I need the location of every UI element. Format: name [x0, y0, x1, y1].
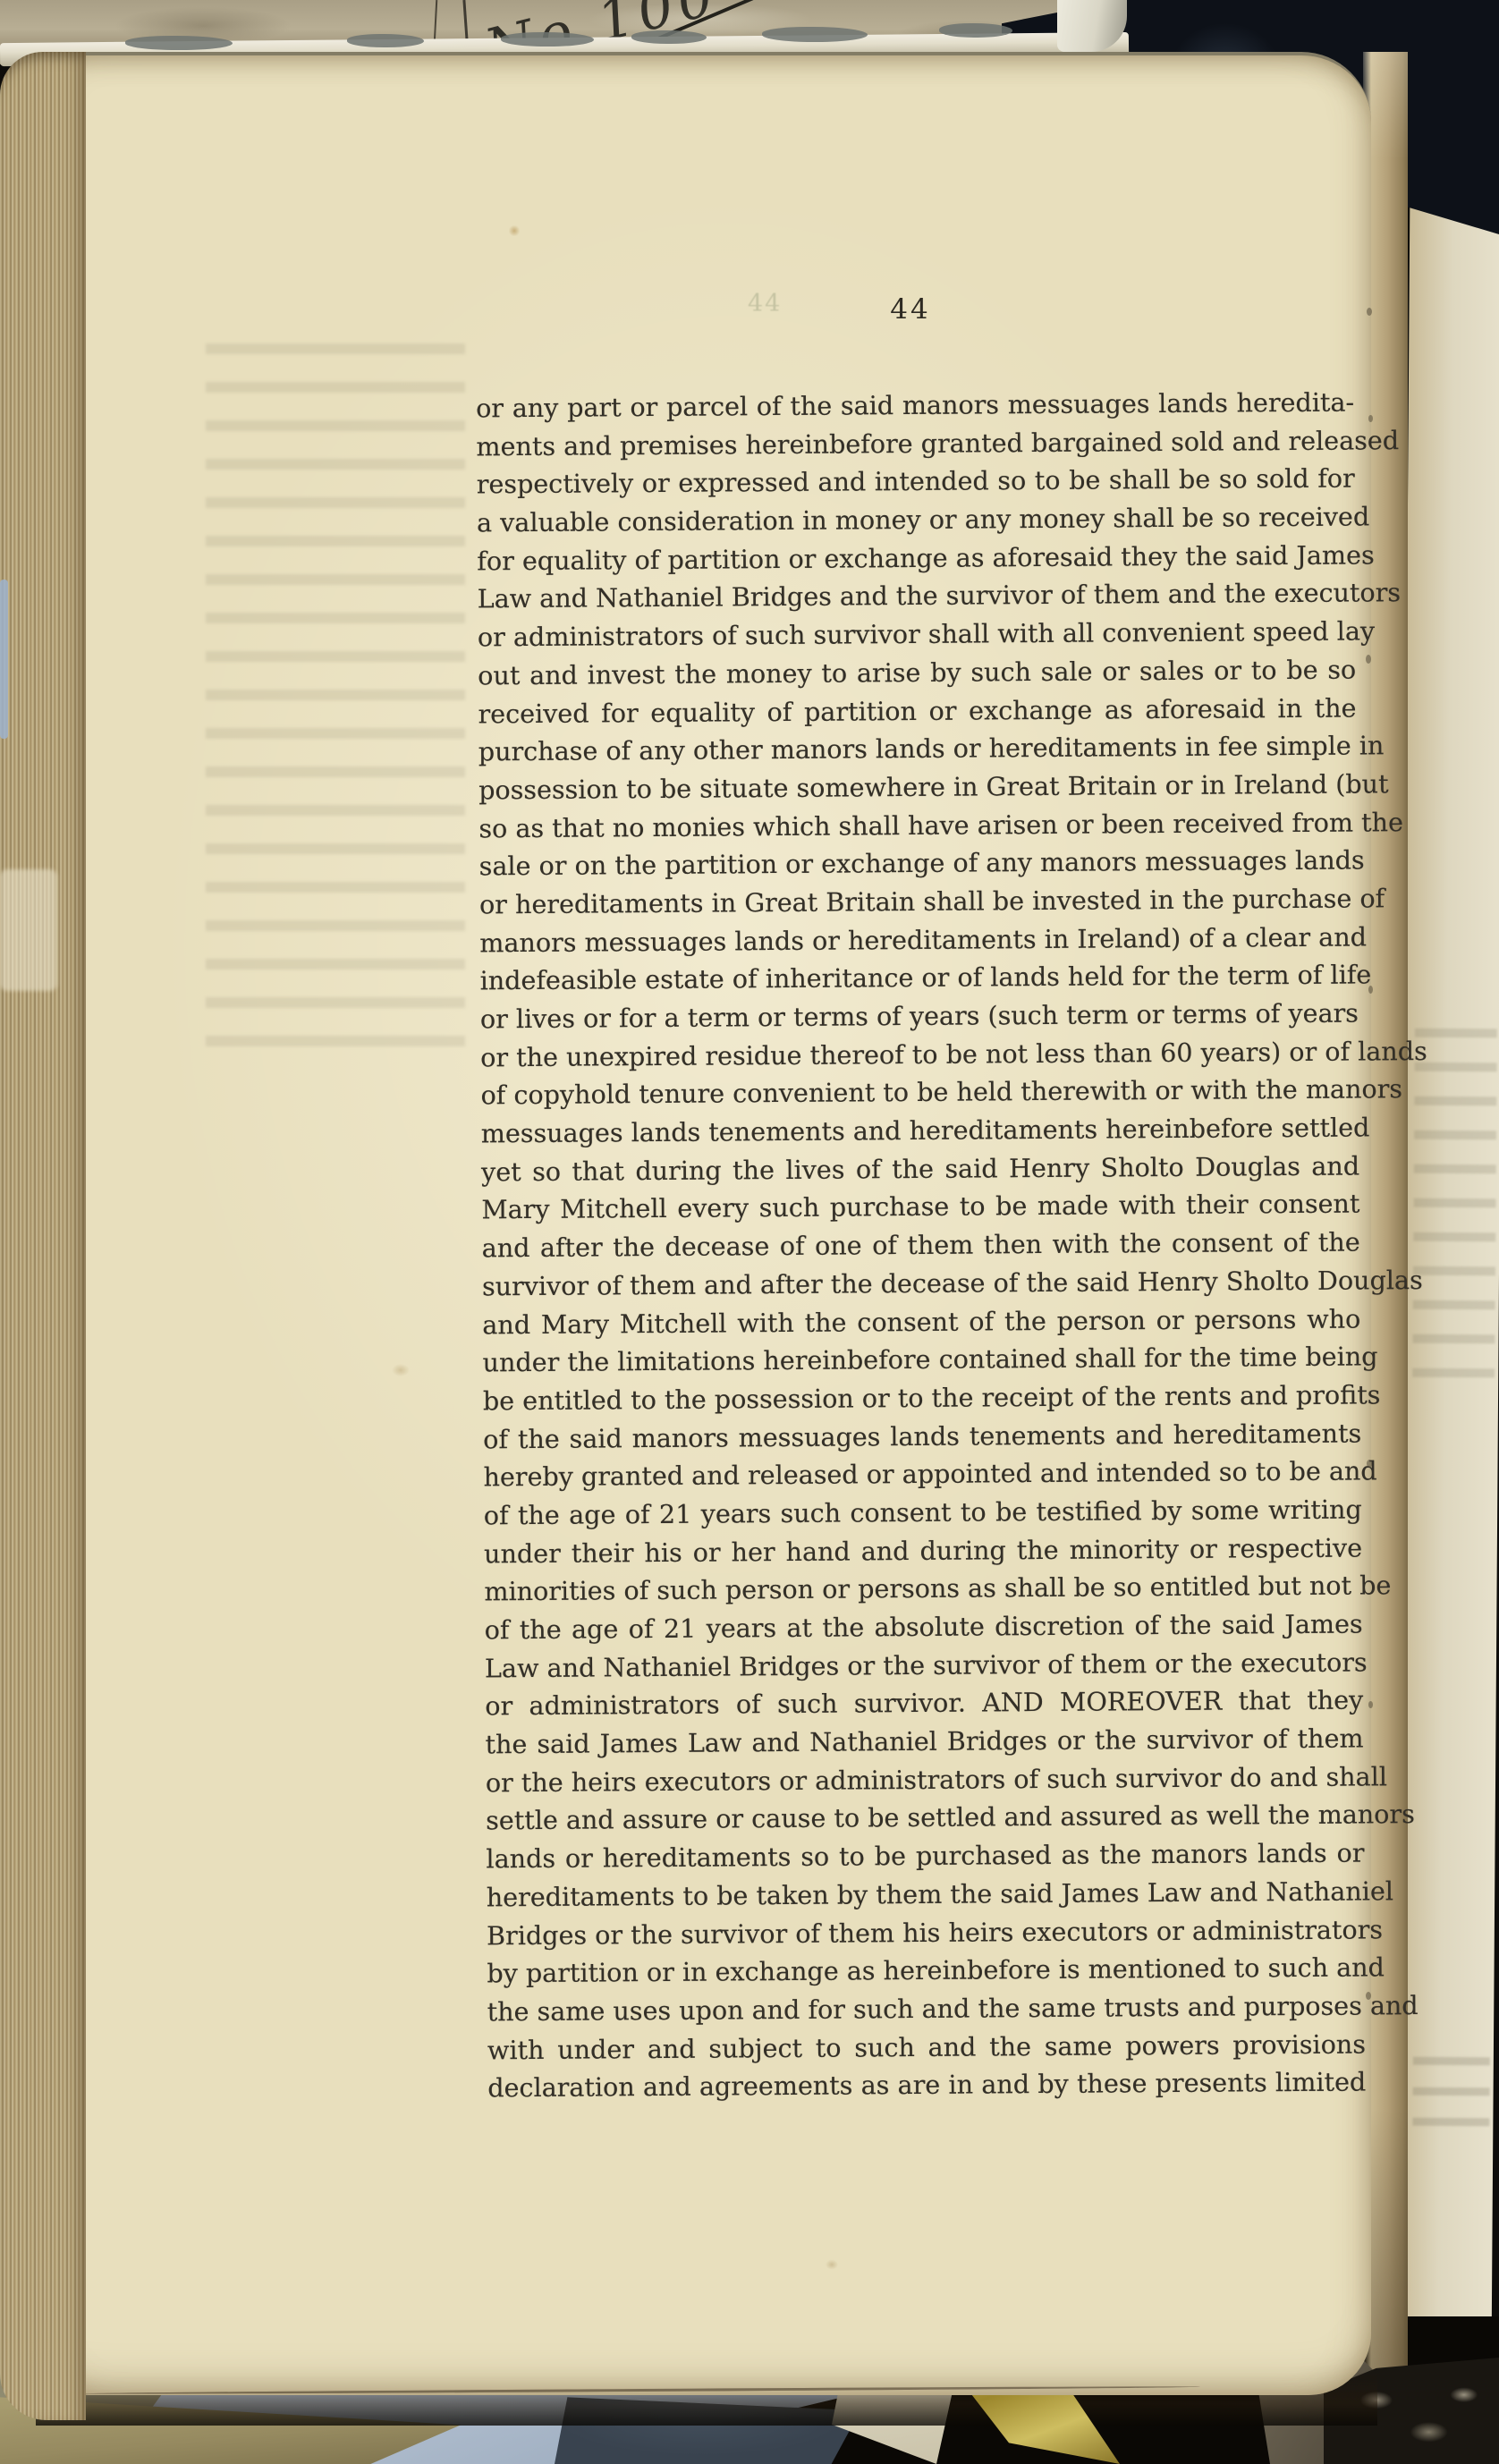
text-line: or the unexpired residue thereof to be n… — [480, 1032, 1359, 1077]
bleedthrough-text — [1412, 1029, 1497, 1387]
text-line: under their his or her hand and during t… — [484, 1528, 1362, 1573]
text-line: hereditaments to be taken by them the sa… — [487, 1872, 1365, 1917]
text-line: received for equality of partition or ex… — [478, 689, 1356, 733]
page-bottom-edge — [82, 2385, 1200, 2395]
margin-speck — [1367, 1460, 1372, 1468]
text-line: declaration and agreements as are in and… — [487, 2063, 1366, 2108]
margin-speck — [1368, 415, 1373, 422]
text-line: Mary Mitchell every such purchase to be … — [481, 1185, 1359, 1230]
text-line: and after the decease of one of them the… — [482, 1224, 1360, 1268]
ink-smudge — [939, 23, 1012, 38]
ink-smudge — [347, 34, 424, 47]
margin-speck — [1368, 1701, 1373, 1708]
ink-smudge — [501, 32, 594, 47]
text-line: so as that no monies which shall have ar… — [478, 803, 1357, 848]
ink-smudge — [762, 27, 868, 42]
text-line: of the age of 21 years at the absolute d… — [485, 1605, 1363, 1649]
text-line: be entitled to the possession or to the … — [483, 1376, 1361, 1420]
text-line: sale or on the partition or exchange of … — [479, 842, 1358, 886]
margin-speck — [1366, 1992, 1371, 2000]
book-scan-scene: No 100 44 44 or any part or parcel of th… — [0, 0, 1499, 2464]
text-line: for equality of partition or exchange as… — [477, 536, 1355, 580]
blue-paper-sliver — [0, 580, 8, 739]
text-line: under the limitations hereinbefore conta… — [482, 1338, 1360, 1383]
text-line: and Mary Mitchell with the consent of th… — [482, 1300, 1360, 1344]
bleedthrough-text — [206, 343, 465, 1050]
text-line: settle and assure or cause to be settled… — [486, 1796, 1364, 1841]
text-line: indefeasible estate of inheritance or of… — [479, 956, 1358, 1001]
text-line: possession to be situate somewhere in Gr… — [478, 765, 1357, 809]
ghost-page-number: 44 — [748, 290, 782, 318]
page-edge-stack — [0, 52, 86, 2420]
text-line: survivor of them and after the decease o… — [482, 1261, 1360, 1306]
text-line: of the said manors messuages lands tenem… — [483, 1414, 1361, 1459]
ink-smudge — [631, 30, 707, 44]
text-line: or any part or parcel of the said manors… — [476, 384, 1354, 428]
text-line: or administrators of such survivor. AND … — [485, 1681, 1363, 1726]
text-line: lands or hereditaments so to be purchase… — [486, 1834, 1364, 1879]
text-line: out and invest the money to arise by suc… — [478, 650, 1356, 695]
text-line: by partition or in exchange as hereinbef… — [487, 1949, 1365, 1994]
text-line: ments and premises hereinbefore granted … — [476, 421, 1354, 466]
text-line: Bridges or the survivor of them his heir… — [487, 1910, 1365, 1955]
text-line: or hereditaments in Great Britain shall … — [479, 879, 1358, 924]
text-line: manors messuages lands or hereditaments … — [479, 918, 1358, 962]
text-block: or any part or parcel of the said manors… — [476, 384, 1366, 2108]
margin-speck — [1368, 986, 1373, 994]
tape-light-band — [0, 869, 57, 991]
text-line: or administrators of such survivor shall… — [478, 613, 1356, 657]
book-page: 44 44 or any part or parcel of the said … — [27, 52, 1371, 2395]
margin-speck — [1367, 308, 1372, 316]
margin-speck — [1366, 655, 1371, 664]
text-line: the same uses upon and for such and the … — [487, 1986, 1366, 2031]
bleedthrough-text — [1412, 2057, 1490, 2138]
text-line: with under and subject to such and the s… — [487, 2025, 1366, 2070]
text-line: Law and Nathaniel Bridges or the survivo… — [485, 1643, 1363, 1688]
text-line: the said James Law and Nathaniel Bridges… — [485, 1720, 1363, 1765]
text-line: Law and Nathaniel Bridges and the surviv… — [477, 574, 1355, 619]
text-line: hereby granted and released or appointed… — [483, 1452, 1361, 1497]
text-line: yet so that during the lives of the said… — [481, 1147, 1359, 1191]
text-line: of the age of 21 years such consent to b… — [484, 1490, 1362, 1535]
text-line: of copyhold tenure convenient to be held… — [480, 1071, 1359, 1115]
text-line: messuages lands tenements and hereditame… — [481, 1109, 1359, 1154]
ink-smudge — [125, 36, 233, 50]
text-line: or lives or for a term or terms of years… — [480, 994, 1359, 1038]
page-number: 44 — [857, 293, 964, 326]
text-line: respectively or expressed and intended s… — [477, 460, 1355, 504]
text-line: purchase of any other manors lands or he… — [478, 727, 1357, 772]
text-line: or the heirs executors or administrators… — [486, 1757, 1364, 1802]
text-line: minorities of such person or persons as … — [484, 1567, 1362, 1612]
text-line: a valuable consideration in money or any… — [477, 498, 1355, 543]
